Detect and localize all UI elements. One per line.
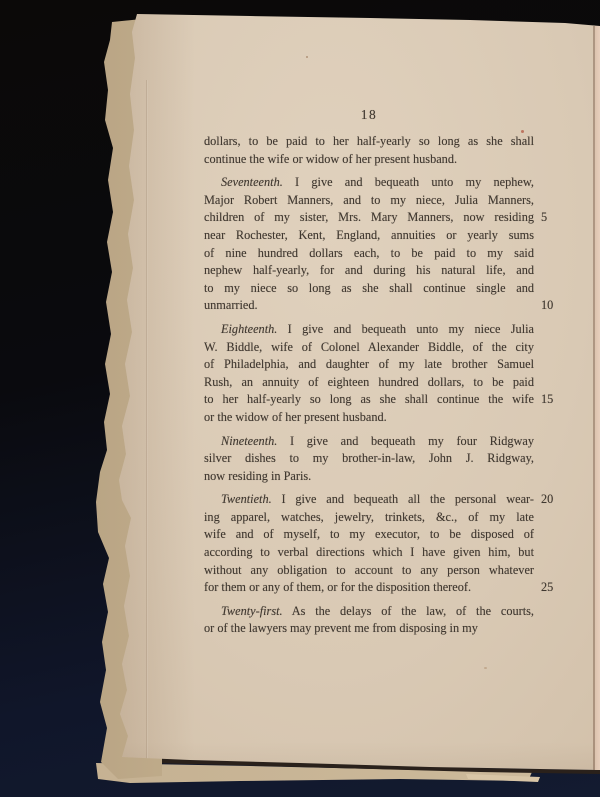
text-line-rest: As the delays of the law, of the courts, xyxy=(283,604,534,618)
text-line: Eighteenth. I give and bequeath unto my … xyxy=(204,321,534,339)
text-line: dollars, to be paid to her half-yearly s… xyxy=(204,133,534,151)
margin-line-number: 20 xyxy=(534,491,553,509)
paragraph-lead: Nineteenth. xyxy=(221,434,277,448)
text-line: Major Robert Manners, and to my niece, J… xyxy=(204,192,534,210)
text-line: Twenty-first. As the delays of the law, … xyxy=(204,603,534,621)
margin-line-number: 25 xyxy=(534,579,553,597)
text-line: continue the wife or widow of her presen… xyxy=(204,151,534,169)
text-line: W. Biddle, wife of Colonel Alexander Bid… xyxy=(204,339,534,357)
text-line-body: to her half-yearly so long as she shall … xyxy=(204,392,534,406)
text-line-body: for them or any of them, or for the disp… xyxy=(204,580,471,594)
book-scan-photo: 18 dollars, to be paid to her half-yearl… xyxy=(0,0,600,797)
paragraph-lead: Twenty-first. xyxy=(221,604,283,618)
text-line: of nine hundred dollars each, to be paid… xyxy=(204,245,534,263)
paper-speck xyxy=(484,667,487,669)
paper-speck xyxy=(306,56,308,58)
text-line: Rush, an annuity of eighteen hundred dol… xyxy=(204,374,534,392)
paragraph: Twenty-first. As the delays of the law, … xyxy=(204,603,534,638)
text-line: according to verbal directions which I h… xyxy=(204,544,534,562)
text-block: dollars, to be paid to her half-yearly s… xyxy=(204,133,534,644)
paragraph: Eighteenth. I give and bequeath unto my … xyxy=(204,321,534,427)
text-line-rest: I give and bequeath unto my niece Julia xyxy=(277,322,534,336)
text-line: now residing in Paris. xyxy=(204,468,534,486)
text-line-body: unmarried. xyxy=(204,298,258,312)
text-line-rest: I give and bequeath unto my nephew, xyxy=(283,175,534,189)
text-line: ing apparel, watches, jewelry, trinkets,… xyxy=(204,509,534,527)
text-line: Nineteenth. I give and bequeath my four … xyxy=(204,433,534,451)
paragraph: dollars, to be paid to her half-yearly s… xyxy=(204,133,534,168)
text-line: nephew half-yearly, for and during his n… xyxy=(204,262,534,280)
text-line: unmarried.10 xyxy=(204,297,534,315)
text-line: to my niece so long as she shall continu… xyxy=(204,280,534,298)
margin-line-number: 5 xyxy=(534,209,547,227)
text-line: children of my sister, Mrs. Mary Manners… xyxy=(204,209,534,227)
page-number: 18 xyxy=(204,107,534,123)
paragraph-lead: Seventeenth. xyxy=(221,175,283,189)
text-line: or of the lawyers may prevent me from di… xyxy=(204,620,534,638)
text-line: near Rochester, Kent, England, annuities… xyxy=(204,227,534,245)
text-line: silver dishes to my brother-in-law, John… xyxy=(204,450,534,468)
text-line: or the widow of her present husband. xyxy=(204,409,534,427)
margin-line-number: 10 xyxy=(534,297,553,315)
text-column: 18 dollars, to be paid to her half-yearl… xyxy=(204,107,534,123)
text-line: for them or any of them, or for the disp… xyxy=(204,579,534,597)
text-line: of Philadelphia, and daughter of my late… xyxy=(204,356,534,374)
paragraph: Nineteenth. I give and bequeath my four … xyxy=(204,433,534,486)
text-line: Seventeenth. I give and bequeath unto my… xyxy=(204,174,534,192)
margin-line-number: 15 xyxy=(534,391,553,409)
page-edge-strip xyxy=(595,26,600,770)
paragraph: Twentieth. I give and bequeath all the p… xyxy=(204,491,534,597)
paragraph-lead: Twentieth. xyxy=(221,492,272,506)
text-line: Twentieth. I give and bequeath all the p… xyxy=(204,491,534,509)
page-crease xyxy=(146,80,148,760)
paragraph-lead: Eighteenth. xyxy=(221,322,277,336)
text-line: to her half-yearly so long as she shall … xyxy=(204,391,534,409)
text-line: wife and of myself, to my executor, to b… xyxy=(204,526,534,544)
text-line-body: children of my sister, Mrs. Mary Manners… xyxy=(204,210,534,224)
text-line-rest: I give and bequeath all the personal wea… xyxy=(272,492,534,506)
text-line: without any obligation to account to any… xyxy=(204,562,534,580)
paragraph: Seventeenth. I give and bequeath unto my… xyxy=(204,174,534,315)
text-line-rest: I give and bequeath my four Ridgway xyxy=(277,434,534,448)
